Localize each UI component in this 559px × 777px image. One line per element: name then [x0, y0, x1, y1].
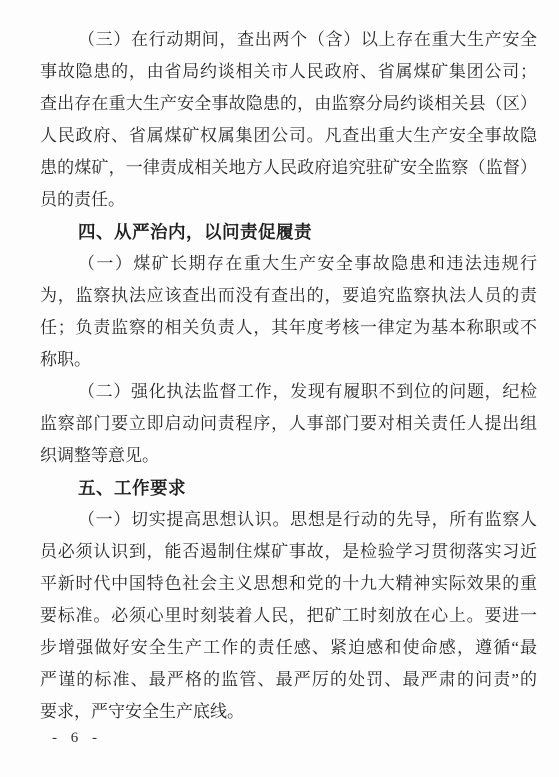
text-line: 查出存在重大生产安全事故隐患的，由监察分局约谈相关县（区）: [40, 88, 537, 120]
text-line: 为，监察执法应该查出而没有查出的，要追究监察执法人员的责: [40, 280, 537, 312]
text-line: 织调整等意见。: [40, 440, 537, 472]
text-line: 患的煤矿，一律责成相关地方人民政府追究驻矿安全监察（监督）: [40, 152, 537, 184]
text-line: 平新时代中国特色社会主义思想和党的十九大精神实际效果的重: [40, 568, 537, 600]
text-line: 事故隐患的，由省局约谈相关市人民政府、省属煤矿集团公司；: [40, 56, 537, 88]
text-line: 步增强做好安全生产工作的责任感、紧迫感和使命感，遵循“最: [40, 632, 537, 664]
section-heading: 五、工作要求: [40, 472, 537, 504]
text-line: （一）切实提高思想认识。思想是行动的先导，所有监察人: [40, 504, 537, 536]
text-line: （二）强化执法监督工作，发现有履职不到位的问题，纪检: [40, 376, 537, 408]
text-line: 要标准。必须心里时刻装着人民，把矿工时刻放在心上。要进一: [40, 600, 537, 632]
scanned-document-page: （三）在行动期间，查出两个（含）以上存在重大生产安全事故隐患的，由省局约谈相关市…: [0, 0, 559, 777]
document-body: （三）在行动期间，查出两个（含）以上存在重大生产安全事故隐患的，由省局约谈相关市…: [40, 24, 537, 728]
text-line: （一）煤矿长期存在重大生产安全事故隐患和违法违规行: [40, 248, 537, 280]
text-line: 严谨的标准、最严格的监管、最严厉的处罚、最严肃的问责”的: [40, 664, 537, 696]
text-line: 要求，严守安全生产底线。: [40, 696, 537, 728]
text-line: 监察部门要立即启动问责程序，人事部门要对相关责任人提出组: [40, 408, 537, 440]
text-line: 称职。: [40, 344, 537, 376]
text-line: （三）在行动期间，查出两个（含）以上存在重大生产安全: [40, 24, 537, 56]
text-line: 员的责任。: [40, 184, 537, 216]
page-number: - 6 -: [52, 730, 102, 747]
text-line: 任；负责监察的相关负责人，其年度考核一律定为基本称职或不: [40, 312, 537, 344]
text-line: 员必须认识到，能否遏制住煤矿事故，是检验学习贯彻落实习近: [40, 536, 537, 568]
text-line: 人民政府、省属煤矿权属集团公司。凡查出重大生产安全事故隐: [40, 120, 537, 152]
section-heading: 四、从严治内，以问责促履责: [40, 216, 537, 248]
